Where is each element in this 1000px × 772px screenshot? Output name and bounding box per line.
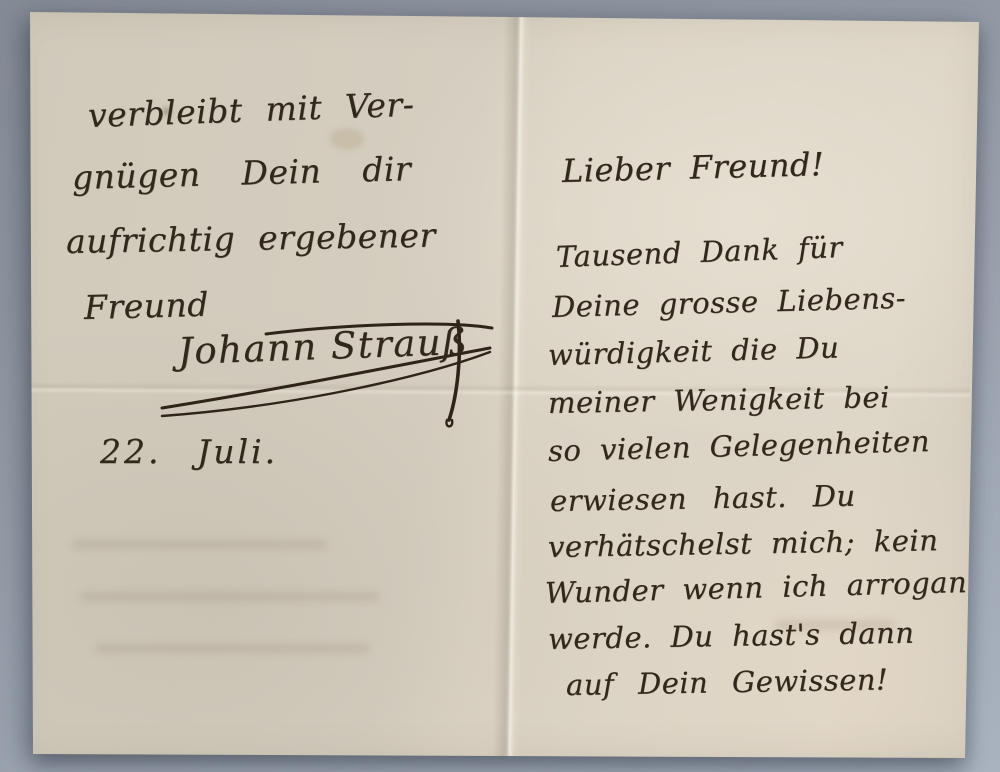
handwriting-line: erwiesen hast. Du bbox=[550, 479, 856, 518]
handwriting-line: Wunder wenn ich arrogant bbox=[545, 565, 980, 610]
right-page: Lieber Freund! Tausend Dank für Deine gr… bbox=[0, 0, 1000, 772]
handwriting-line: auf Dein Gewissen! bbox=[566, 662, 889, 702]
letter-paper: verbleibt mit Ver- gnügen Dein dir aufri… bbox=[0, 0, 1000, 772]
handwriting-line: Tausend Dank für bbox=[555, 230, 843, 274]
photo-background: verbleibt mit Ver- gnügen Dein dir aufri… bbox=[0, 0, 1000, 772]
handwriting-line: meiner Wenigkeit bei bbox=[548, 380, 890, 420]
handwriting-line: verhätschelst mich; kein bbox=[548, 523, 939, 564]
handwriting-line: werde. Du hast's dann bbox=[548, 616, 915, 656]
handwriting-line: so vielen Gelegenheiten bbox=[548, 424, 931, 468]
handwriting-line: Deine grosse Liebens- bbox=[552, 281, 907, 324]
salutation-line: Lieber Freund! bbox=[562, 145, 825, 190]
letter-sheet: verbleibt mit Ver- gnügen Dein dir aufri… bbox=[0, 0, 1000, 772]
handwriting-line: würdigkeit die Du bbox=[548, 330, 840, 372]
